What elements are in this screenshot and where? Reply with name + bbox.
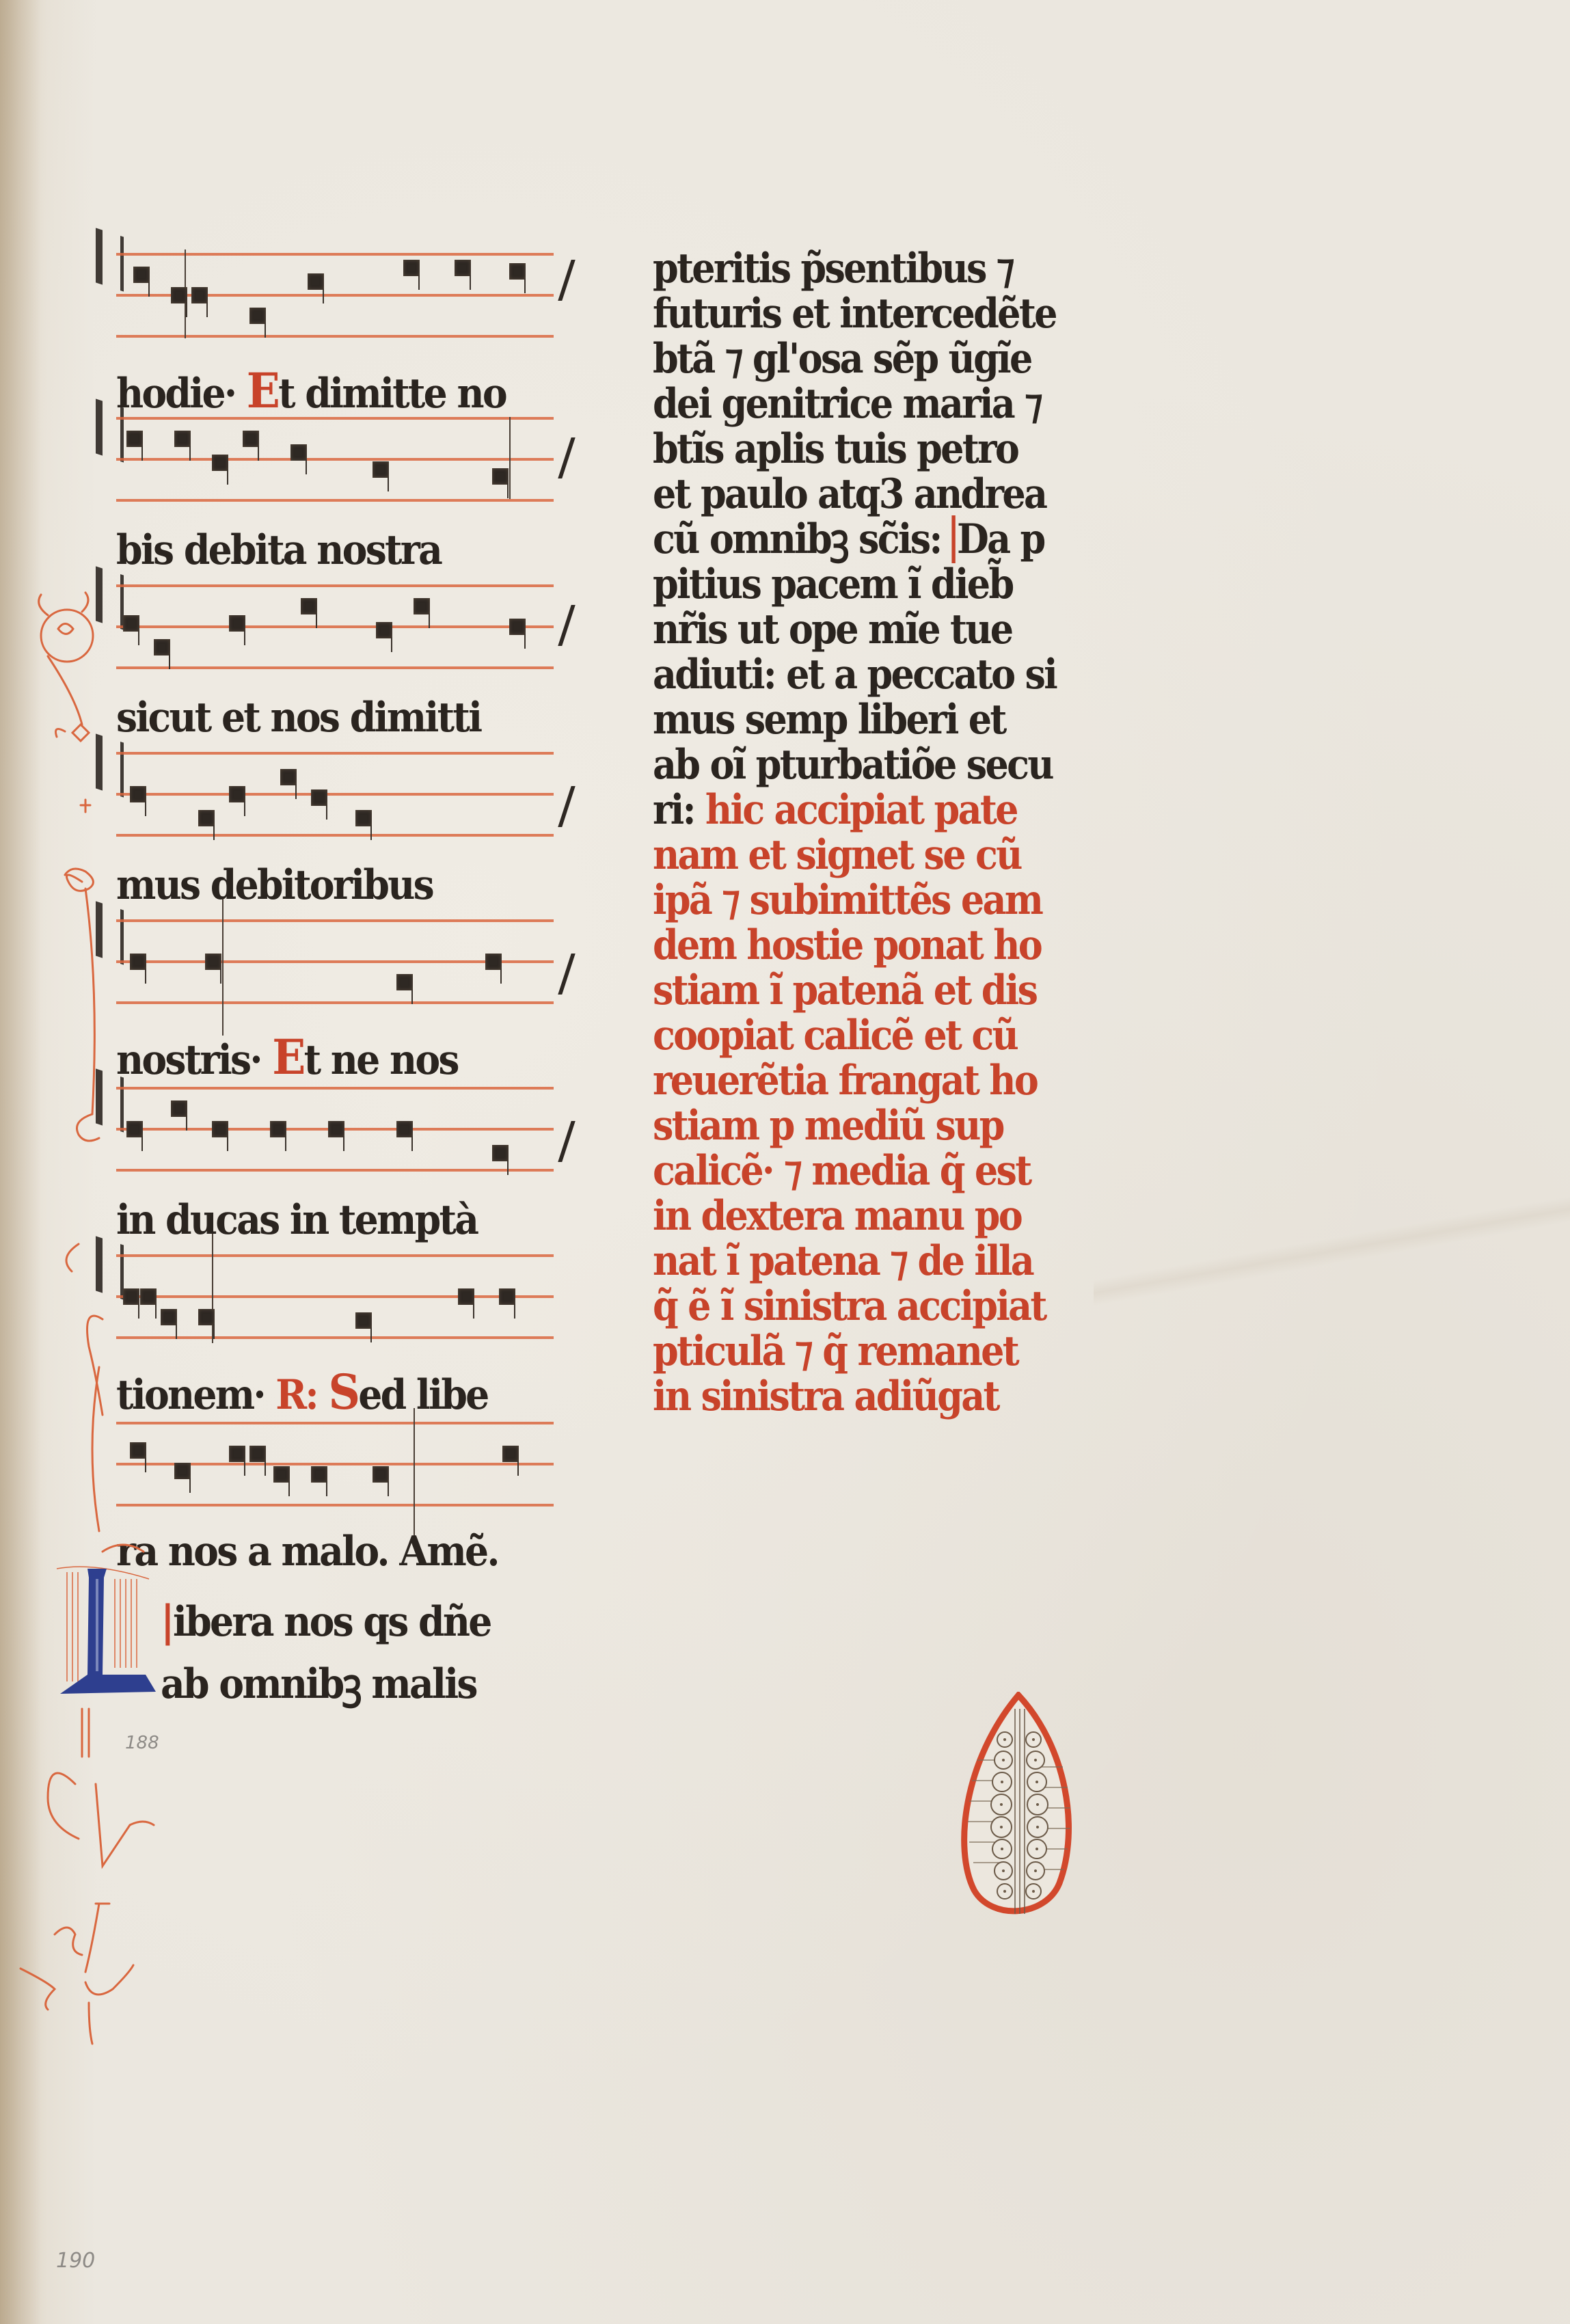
staff-line [116, 1001, 554, 1004]
square-note-icon [171, 287, 187, 303]
text-line: mus semp liberi et [653, 697, 1096, 742]
rubric-line: stiam ĩ patenã et dis [653, 968, 1096, 1013]
text-line: pteritis p̃sentibus ⁊ [653, 246, 1096, 291]
square-note-icon [273, 1466, 290, 1483]
square-note-icon [308, 273, 324, 290]
staff-line [116, 335, 554, 338]
staff-line [116, 1422, 554, 1424]
lyric-line: in ducas in temptà [116, 1196, 477, 1244]
square-note-icon [290, 444, 307, 461]
text-line: adiuti: et a peccato si [653, 652, 1096, 697]
square-note-icon [198, 810, 215, 826]
square-note-icon [198, 1309, 215, 1325]
prayer-line: |ibera nos qs dñe [161, 1596, 491, 1646]
staff-line [116, 625, 554, 628]
rubric-line: nat ĩ patena ⁊ de illa [653, 1239, 1096, 1284]
square-note-icon [229, 1446, 245, 1462]
staff-line [116, 584, 554, 587]
lyric-line: nostris· Et ne nos [116, 1029, 458, 1085]
square-note-icon [301, 598, 317, 614]
lyric-line: ra nos a malo. Amẽ. [116, 1528, 498, 1576]
rubric-line: stiam p mediũ sup [653, 1103, 1096, 1148]
square-note-icon [311, 1466, 327, 1483]
square-note-icon [485, 954, 502, 970]
barline [222, 899, 224, 1036]
square-note-icon [492, 468, 509, 485]
staff-line [116, 417, 554, 420]
square-note-icon [355, 810, 372, 826]
rubric-line: pticulã ⁊ q̃ remanet [653, 1329, 1096, 1374]
barline [509, 417, 511, 499]
text-line: ri: hic accipiat pate [653, 787, 1096, 833]
rubric-line: reuerẽtia frangat ho [653, 1058, 1096, 1103]
text-line: cũ omnibꝫ sc̃is: Da p [653, 517, 1096, 562]
lyric-line: sicut et nos dimitti [116, 694, 481, 742]
line-filler-ornament [950, 1692, 1087, 1924]
chant-system: ra nos a malo. Amẽ. [103, 1415, 554, 1579]
square-note-icon [502, 1446, 519, 1462]
square-note-icon [171, 1100, 187, 1117]
staff-line [116, 458, 554, 461]
chant-system: sicut et nos dimitti [103, 578, 554, 742]
chant-system: tionem· R: Sed libe [103, 1247, 554, 1411]
staff-line [116, 1295, 554, 1298]
rubric-line: in sinistra adiũgat [653, 1374, 1096, 1419]
rubric-line: nam et signet se cũ [653, 833, 1096, 878]
rubricated-initial: D [952, 515, 987, 563]
square-note-icon [229, 615, 245, 632]
square-note-icon [355, 1312, 372, 1329]
rubric-line: calicẽ· ⁊ media q̃ est [653, 1148, 1096, 1193]
square-note-icon [174, 431, 191, 447]
text-line: futuris et intercedẽte [653, 291, 1096, 336]
square-note-icon [499, 1288, 515, 1305]
staff-line [116, 834, 554, 837]
prayer-line: ab omnibꝫ malis [161, 1654, 476, 1710]
rubric-line: in dextera manu po [653, 1193, 1096, 1239]
square-note-icon [509, 619, 526, 635]
staff-line [116, 1336, 554, 1339]
staff-line [116, 752, 554, 755]
square-note-icon [229, 786, 245, 802]
text-column: pteritis p̃sentibus ⁊ futuris et interce… [653, 246, 1145, 1419]
square-note-icon [205, 954, 221, 970]
barline [414, 1408, 415, 1545]
square-note-icon [311, 789, 327, 806]
text-line: ab oĩ pturbatiõe secu [653, 742, 1096, 787]
square-note-icon [414, 598, 430, 614]
staff-line [116, 919, 554, 922]
square-note-icon [191, 287, 208, 303]
staff-line [116, 1169, 554, 1172]
parchment-fold [1094, 1162, 1570, 1340]
text-line: pitius pacem ĩ dieb̃ [653, 562, 1096, 607]
square-note-icon [458, 1288, 474, 1305]
staff-line [116, 253, 554, 256]
square-note-icon [212, 1121, 228, 1137]
staff-line [116, 1504, 554, 1506]
chant-system: hodie· Et dimitte no [103, 246, 554, 410]
staff-line [116, 793, 554, 796]
folio-number: 190 [56, 2249, 95, 2273]
square-note-icon [243, 431, 259, 447]
square-note-icon [396, 974, 413, 990]
text-line: btĩs aplis tuis petro [653, 427, 1096, 472]
square-note-icon [373, 1466, 389, 1483]
square-note-icon [373, 461, 389, 478]
chant-system: in ducas in temptà [103, 1080, 554, 1244]
chant-system: nostris· Et ne nos [103, 913, 554, 1077]
lyric-line: bis debita nostra [116, 526, 441, 574]
rubric-line: q̃ ẽ ĩ sinistra accipiat [653, 1284, 1096, 1329]
chant-system: bis debita nostra [103, 410, 554, 574]
text-line: nr̃is ut ope mĩe tue [653, 607, 1096, 652]
staff-line [116, 666, 554, 669]
square-note-icon [403, 260, 420, 276]
text-line: et paulo atq3 andrea [653, 472, 1096, 517]
rubric-line: coopiat calicẽ et cũ [653, 1013, 1096, 1058]
square-note-icon [328, 1121, 344, 1137]
staff-line [116, 499, 554, 502]
square-note-icon [249, 308, 266, 324]
margin-pencil-number: 188 [125, 1733, 159, 1753]
margin-penwork-flourish [0, 0, 164, 2256]
text-line: dei genitrice maria ⁊ [653, 381, 1096, 427]
rubric-line: dem hostie ponat ho [653, 923, 1096, 968]
square-note-icon [376, 622, 392, 638]
square-note-icon [509, 263, 526, 280]
rubric-text: hic accipiat pate [705, 786, 1017, 834]
rubric-line: ipã ⁊ subimittẽs eam [653, 878, 1096, 923]
square-note-icon [492, 1145, 509, 1161]
square-note-icon [270, 1121, 286, 1137]
lyric-line: tionem· R: Sed libe [116, 1364, 488, 1420]
text-line: btã ⁊ gl'osa sẽp ũgĩe [653, 336, 1096, 381]
square-note-icon [249, 1446, 266, 1462]
square-note-icon [396, 1121, 413, 1137]
square-note-icon [280, 769, 297, 785]
staff-line [116, 1254, 554, 1257]
staff-line [116, 1087, 554, 1090]
square-note-icon [174, 1463, 191, 1479]
square-note-icon [212, 455, 228, 471]
chant-system: mus debitoribus [103, 745, 554, 909]
square-note-icon [455, 260, 471, 276]
